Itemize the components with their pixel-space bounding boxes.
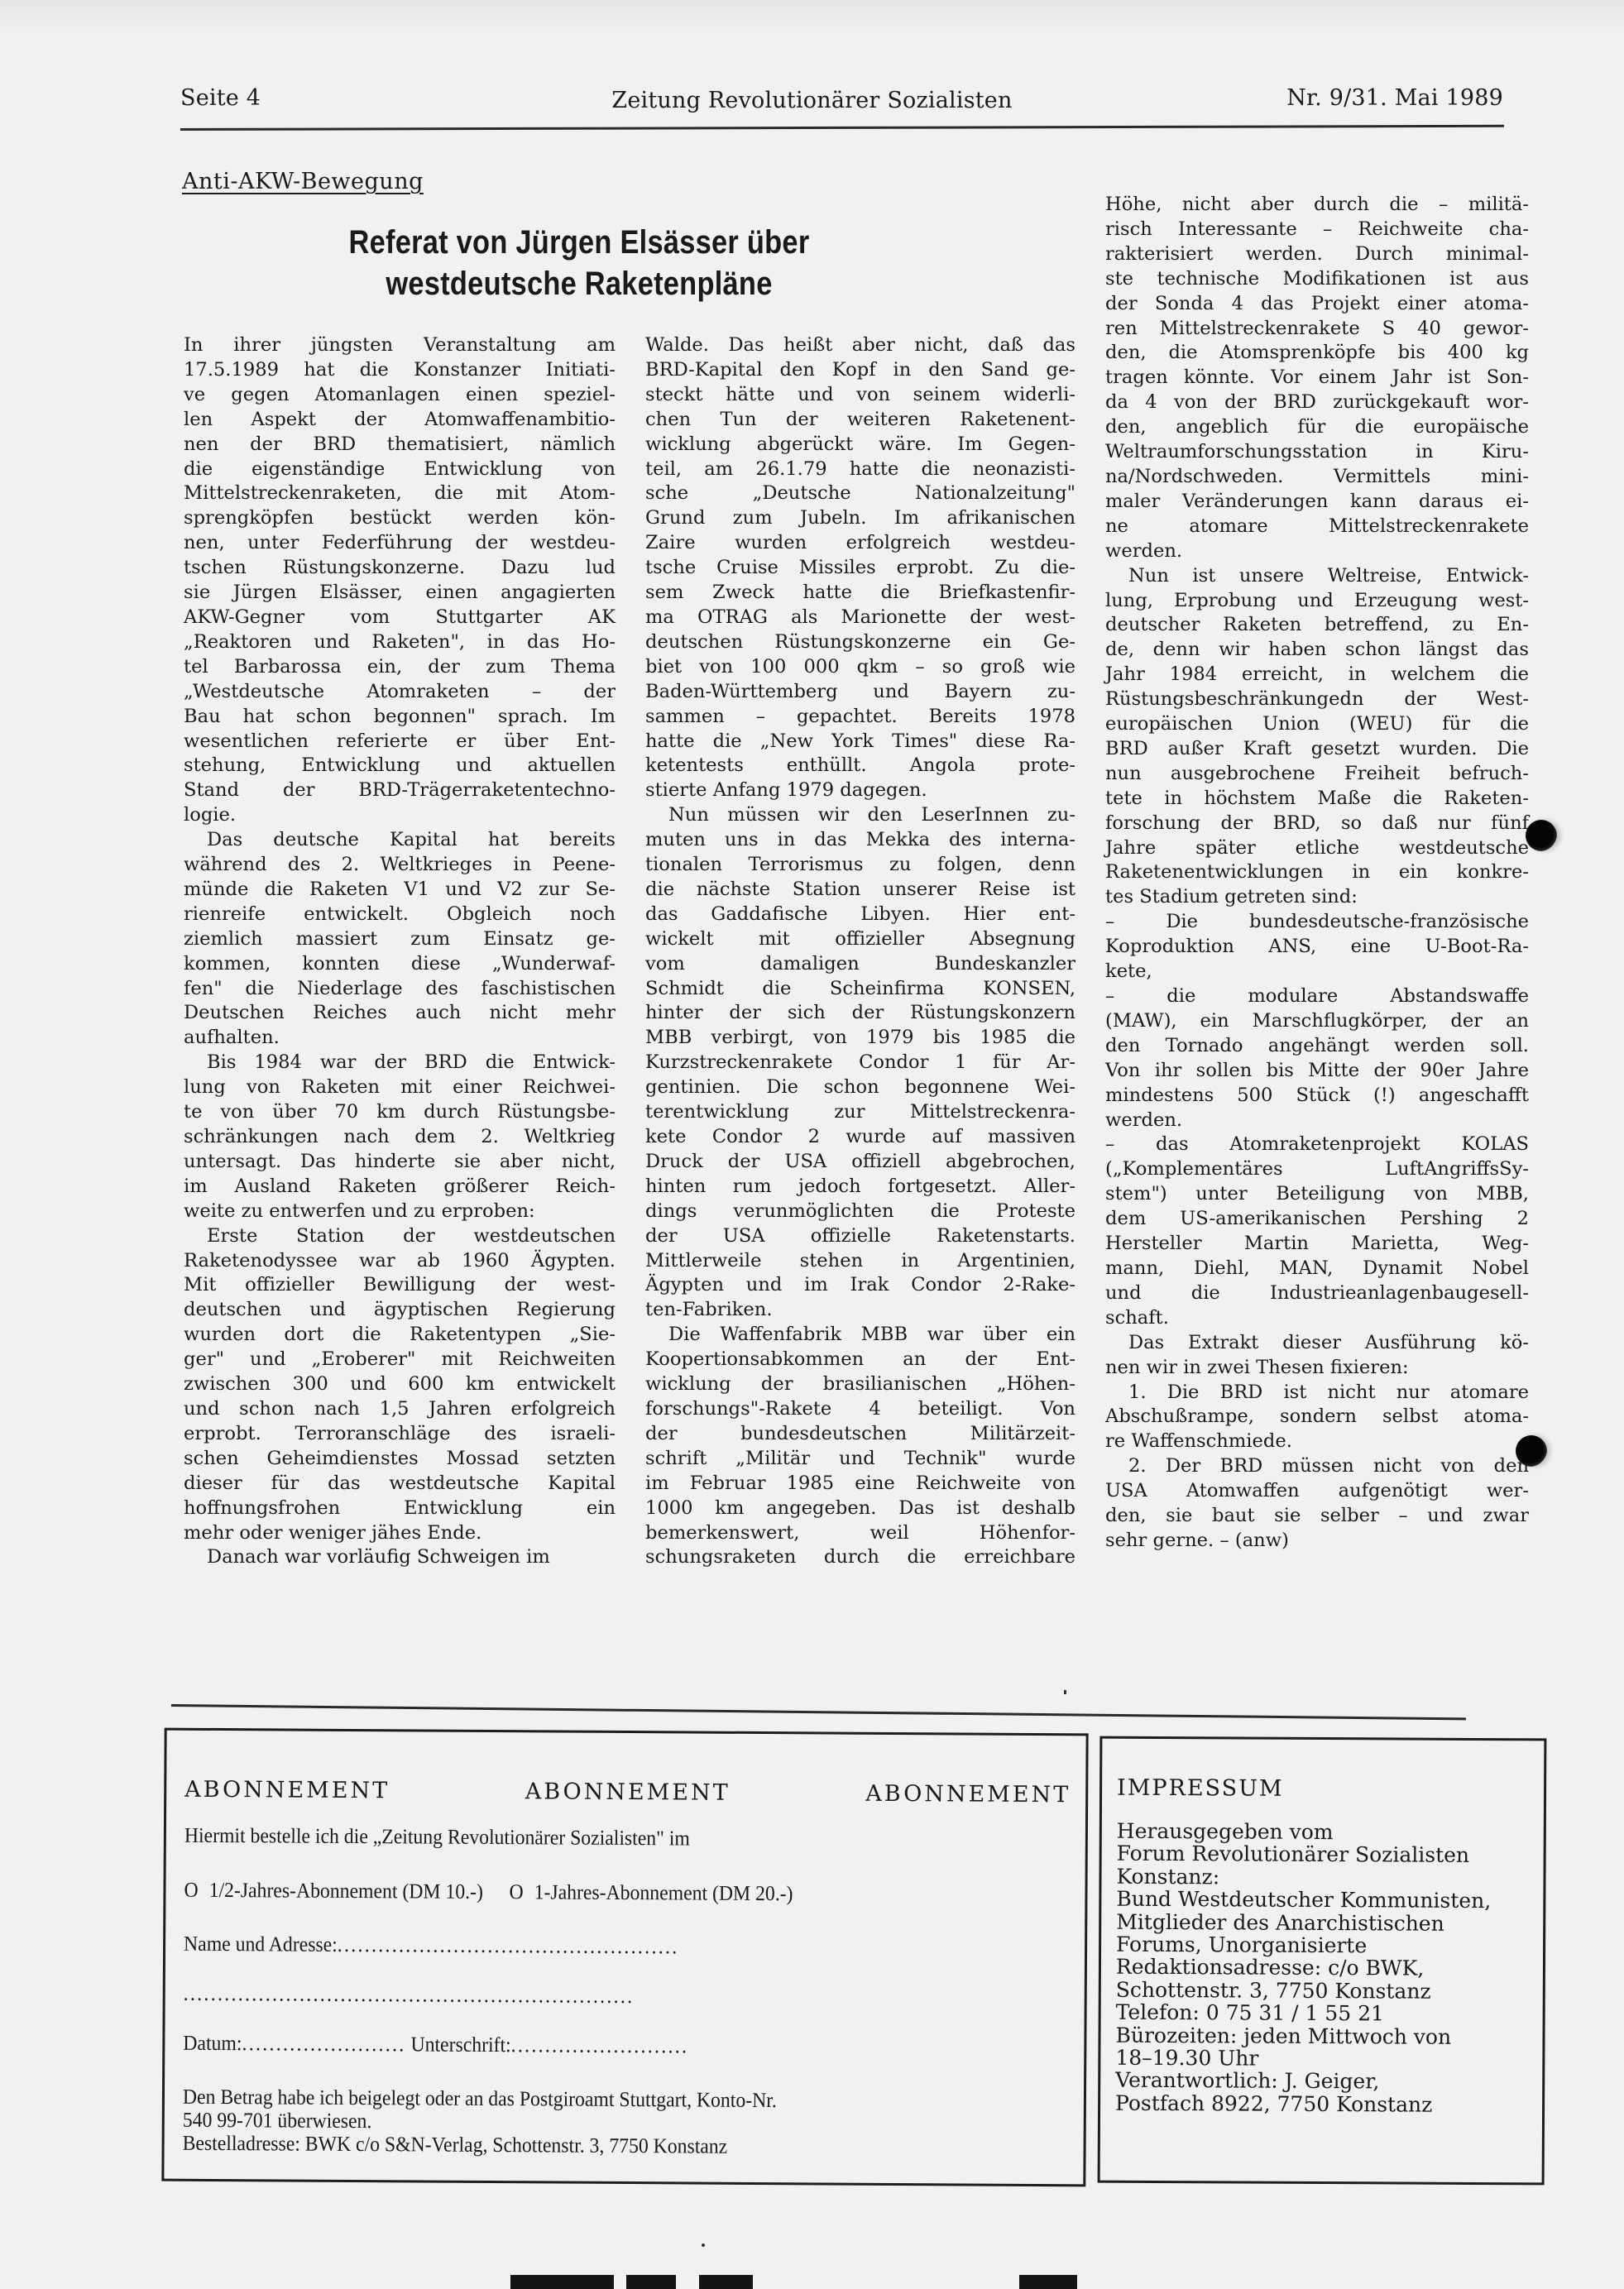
date-label: Datum: (183, 2031, 242, 2055)
name-address-label: Name und Adresse: (184, 1932, 338, 1956)
article-text-line: Höhe, nicht aber durch die – militä- (1105, 193, 1529, 218)
article-text-line: Koopertionsabkommen an der Ent- (645, 1348, 1075, 1372)
article-text-line: – die modulare Abstandswaffe (1105, 984, 1529, 1009)
article-text-line: Das Extrakt dieser Ausführung kö- (1105, 1331, 1529, 1356)
article-text-line: nun ausgebrochene Freiheit befruch- (1105, 762, 1529, 787)
article-text-line: stierte Anfang 1979 dagegen. (645, 778, 1075, 803)
article-text-line: len Aspekt der Atomwaffenambitio- (184, 408, 616, 433)
article-text-line: sammen – gepachtet. Bereits 1978 (645, 705, 1075, 730)
article-text-line: erprobt. Terroranschläge des israeli- (184, 1422, 616, 1447)
article-text-line: Mit offizieller Bewilligung der west- (184, 1273, 616, 1298)
article-text-line: dem US-amerikanischen Pershing 2 (1105, 1207, 1529, 1232)
article-text-line: deutscher Raketen betreffend, zu En- (1105, 613, 1529, 638)
impressum-lines: Herausgegeben vom Forum Revolutionärer S… (1115, 1820, 1492, 2117)
next-page-bleed (510, 2275, 614, 2289)
article-text-line: Mittlerweile stehen in Argentinien, (645, 1249, 1075, 1274)
article-text-line: Erste Station der westdeutschen (184, 1224, 616, 1249)
section-divider (171, 1704, 1466, 1720)
article-text-line: ren Mittelstreckenrakete S 40 gewor- (1105, 317, 1529, 342)
option-label: 1-Jahres-Abonnement (DM 20.-) (534, 1880, 793, 1905)
article-text-line: Walde. Das heißt aber nicht, daß das (645, 333, 1075, 358)
next-page-bleed (699, 2275, 753, 2289)
headline-line-2: westdeutsche Raketenpläne (323, 263, 835, 304)
signature-field[interactable]: .......................... (511, 2033, 689, 2057)
article-text-line: na/Nordschweden. Vermittels mini- (1105, 465, 1529, 490)
article-text-line: mindestens 500 Stück (!) angeschafft (1105, 1084, 1529, 1109)
article-text-line: lung, Erprobung und Erzeugung west- (1105, 589, 1529, 614)
article-text-line: In ihrer jüngsten Veranstaltung am (184, 333, 616, 358)
order-address: Bestelladresse: BWK c/o S&N-Verlag, Scho… (183, 2131, 728, 2159)
article-text-line: kommen, konnten diese „Wunderwaf- (184, 952, 616, 977)
article-text-line: zwischen 300 und 600 km entwickelt (184, 1372, 616, 1397)
headline-line-1: Referat von Jürgen Elsässer über (323, 222, 835, 263)
article-text-line: Abschußrampe, sondern selbst atoma- (1105, 1405, 1529, 1429)
section-kicker: Anti-AKW-Bewegung (182, 169, 424, 194)
address-continuation-field[interactable]: ........................................… (184, 1981, 635, 2009)
article-text-line: de, denn wir haben schon längst das (1105, 638, 1529, 663)
article-text-line: Nun müssen wir den LeserInnen zu- (645, 803, 1075, 828)
header-rule (180, 125, 1504, 131)
article-text-line: die nächste Station unserer Reise ist (645, 878, 1075, 903)
article-text-line: tel Barbarossa ein, der zum Thema (184, 655, 616, 680)
article-text-line: schrift „Militär und Technik" wurde (645, 1447, 1075, 1472)
article-column-1: In ihrer jüngsten Veranstaltung am17.5.1… (184, 333, 616, 1570)
next-page-bleed (626, 2275, 676, 2289)
article-text-line: Raketenentwicklungen in ein konkre- (1105, 860, 1529, 885)
checkbox-circle-icon[interactable]: O (184, 1878, 198, 1902)
impressum-line: Schottenstr. 3, 7750 Konstanz (1116, 1979, 1491, 2004)
subscription-options: O1/2-Jahres-Abonnement (DM 10.-) O1-Jahr… (184, 1878, 793, 1906)
article-text-line: ger" und „Eroberer" mit Reichweiten (184, 1348, 616, 1372)
article-text-line: deutschen Rüstungskonzerne ein Ge- (645, 630, 1075, 655)
article-text-line: im Februar 1985 eine Reichweite von (645, 1472, 1075, 1496)
article-text-line: und schon nach 1,5 Jahren erfolgreich (184, 1397, 616, 1422)
article-text-line: chen Tun der weiteren Raketenent- (645, 408, 1075, 433)
impressum-line: Herausgegeben vom (1117, 1820, 1492, 1845)
article-text-line: wicklung der brasilianischen „Höhen- (645, 1372, 1075, 1397)
article-column-3: Höhe, nicht aber durch die – militä-risc… (1105, 193, 1529, 1554)
article-text-line: ziemlich massiert zum Einsatz ge- (184, 927, 616, 952)
article-text-line: biet von 100 000 qkm – so groß wie (645, 655, 1075, 680)
article-text-line: hinten rum jedoch fortgesetzt. Aller- (645, 1175, 1075, 1200)
article-text-line: ste technische Modifikationen ist aus (1105, 267, 1529, 292)
checkbox-circle-icon[interactable]: O (509, 1880, 523, 1904)
article-text-line: logie. (184, 803, 616, 828)
article-text-line: der Sonda 4 das Projekt einer atoma- (1105, 292, 1529, 317)
impressum-title: IMPRESSUM (1117, 1775, 1284, 1802)
article-text-line: Jahr 1984 erreicht, in welchem die (1105, 663, 1529, 687)
article-text-line: sie Jürgen Elsässer, einen angagierten (184, 581, 616, 606)
article-text-line: sehr gerne. – (anw) (1105, 1529, 1529, 1554)
article-text-line: wurden dort die Raketentypen „Sie- (184, 1323, 616, 1348)
impressum-line: 18–19.30 Uhr (1115, 2047, 1490, 2071)
article-text-line: europäischen Union (WEU) für die (1105, 712, 1529, 737)
article-text-line: mann, Diehl, MAN, Dynamit Nobel (1105, 1257, 1529, 1281)
name-address-dots[interactable]: ........................................… (338, 1932, 679, 1959)
article-text-line: maler Veränderungen kann daraus ei- (1105, 490, 1529, 515)
article-text-line: schen Geheimdienstes Mossad setzten (184, 1447, 616, 1472)
article-text-line: Von ihr sollen bis Mitte der 90er Jahre (1105, 1059, 1529, 1084)
article-text-line: ketentests enthüllt. Angola prote- (645, 754, 1075, 778)
article-text-line: den, angeblich für die europäische (1105, 415, 1529, 440)
article-text-line: BRD-Kapital den Kopf in den Sand ge- (645, 358, 1075, 383)
article-text-line: den Tornado angehängt werden soll. (1105, 1034, 1529, 1059)
article-text-line: fen" die Niederlage des faschistischen (184, 977, 616, 1002)
article-text-line: die eigenständige Entwicklung von (184, 457, 616, 482)
article-text-line: Nun ist unsere Weltreise, Entwick- (1105, 564, 1529, 589)
article-text-line: schungsraketen durch die erreichbare (645, 1545, 1075, 1570)
article-text-line: den, sie baut sie selber – und zwar (1105, 1504, 1529, 1529)
article-text-line: Druck der USA offiziell abgebrochen, (645, 1150, 1075, 1175)
article-text-line: tionalen Terrorismus zu folgen, denn (645, 853, 1075, 878)
article-text-line: Jahre später etliche westdeutsche (1105, 836, 1529, 861)
article-text-line: Das deutsche Kapital hat bereits (184, 828, 616, 853)
article-text-line: terentwicklung zur Mittelstreckenra- (645, 1100, 1075, 1125)
article-text-line: rienreife entwickelt. Obgleich noch (184, 903, 616, 927)
article-text-line: schaft. (1105, 1306, 1529, 1331)
article-text-line: AKW-Gegner vom Stuttgarter AK (184, 606, 616, 630)
signature-label: Unterschrift: (410, 2032, 510, 2057)
article-text-line: da 4 von der BRD zurückgekauft wor- (1105, 390, 1529, 415)
article-text-line: forschungs"-Rakete 4 beteiligt. Von (645, 1397, 1075, 1422)
option-label: 1/2-Jahres-Abonnement (DM 10.-) (209, 1878, 483, 1904)
article-text-line: te von über 70 km durch Rüstungsbe- (184, 1100, 616, 1125)
article-text-line: sprengköpfen bestückt werden kön- (184, 506, 616, 531)
article-text-line: Koproduktion ANS, eine U-Boot-Ra- (1105, 935, 1529, 960)
subscription-heading-word: ABONNEMENT (525, 1779, 731, 1806)
article-text-line: tete in höchstem Maße die Raketen- (1105, 787, 1529, 812)
article-text-line: Ägypten und im Irak Condor 2-Rake- (645, 1273, 1075, 1298)
article-text-line: untersagt. Das hinderte sie aber nicht, (184, 1150, 616, 1175)
article-text-line: bemerkenswert, weil Höhenfor- (645, 1521, 1075, 1546)
article-text-line: und die Industrieanlagenbaugesell- (1105, 1281, 1529, 1306)
article-text-line: ne atomare Mittelstreckenrakete (1105, 515, 1529, 539)
article-text-line: forschung der BRD, so daß nur fünf (1105, 812, 1529, 836)
article-text-line: werden. (1105, 539, 1529, 564)
address-dots[interactable]: ........................................… (184, 1981, 635, 2008)
punch-hole-mark (1526, 820, 1557, 851)
article-text-line: – das Atomraketenprojekt KOLAS (1105, 1133, 1529, 1157)
article-text-line: sem Zweck hatte die Briefkastenfir- (645, 581, 1075, 606)
impressum-box: IMPRESSUM Herausgegeben vom Forum Revolu… (1098, 1736, 1547, 2186)
article-text-line: ve gegen Atomanlagen einen speziel- (184, 383, 616, 408)
article-text-line: hoffnungsfrohen Entwicklung ein (184, 1496, 616, 1521)
article-text-line: dieser für das westdeutsche Kapital (184, 1472, 616, 1496)
article-text-line: vom damaligen Bundeskanzler (645, 952, 1075, 977)
article-text-line: dings verunmöglichten die Proteste (645, 1200, 1075, 1224)
article-text-line: Kurzstreckenrakete Condor 1 für Ar- (645, 1051, 1075, 1075)
date-field[interactable]: ........................ (242, 2031, 405, 2056)
article-text-line: 1000 km angegeben. Das ist deshalb (645, 1496, 1075, 1521)
article-text-line: – Die bundesdeutsche-französische (1105, 910, 1529, 935)
date-signature-row: Datum:........................ Unterschr… (183, 2031, 688, 2059)
article-text-line: 2. Der BRD müssen nicht von den (1105, 1454, 1529, 1479)
article-text-line: Hersteller Martin Marietta, Weg- (1105, 1232, 1529, 1257)
article-text-line: werden. (1105, 1109, 1529, 1133)
article-text-line: nen, unter Federführung der westdeu- (184, 531, 616, 556)
article-text-line: sche „Deutsche Nationalzeitung" (645, 481, 1075, 506)
article-text-line: re Waffenschmiede. (1105, 1429, 1529, 1454)
issue-date: Nr. 9/31. Mai 1989 (1286, 85, 1503, 111)
article-text-line: deutschen und ägyptischen Regierung (184, 1298, 616, 1323)
impressum-line: Verantwortlich: J. Geiger, (1115, 2069, 1490, 2094)
article-text-line: nen der BRD thematisiert, nämlich (184, 433, 616, 457)
subscription-intro: Hiermit bestelle ich die „Zeitung Revolu… (184, 1823, 690, 1851)
article-text-line: Rüstungsbeschränkungedn der West- (1105, 687, 1529, 712)
article-text-line: 17.5.1989 hat die Konstanzer Initiati- (184, 358, 616, 383)
article-text-line: schränkungen nach dem 2. Weltkrieg (184, 1125, 616, 1150)
subscription-heading: ABONNEMENT ABONNEMENT ABONNEMENT (184, 1777, 1071, 1808)
article-text-line: kete Condor 2 wurde auf massiven (645, 1125, 1075, 1150)
punch-hole-mark (1516, 1435, 1547, 1467)
stray-mark (702, 2244, 705, 2247)
article-text-line: (MAW), ein Marschflugkörper, der an (1105, 1009, 1529, 1034)
article-text-line: Weltraumforschungsstation in Kiru- (1105, 440, 1529, 465)
article-text-line: den, die Atomsprenköpfe bis 400 kg (1105, 341, 1529, 366)
impressum-line: Redaktionsadresse: c/o BWK, (1116, 1956, 1491, 1980)
subscription-form-box: ABONNEMENT ABONNEMENT ABONNEMENT Hiermit… (161, 1728, 1088, 2187)
impressum-line: Forums, Unorganisierte (1116, 1933, 1491, 1958)
article-text-line: Die Waffenfabrik MBB war über ein (645, 1323, 1075, 1348)
article-text-line: stem") unter Beteiligung von MBB, (1105, 1182, 1529, 1207)
impressum-line: Bürozeiten: jeden Mittwoch von (1115, 2023, 1490, 2048)
article-text-line: Stand der BRD-Trägerraketentechno- (184, 778, 616, 803)
subscription-heading-word: ABONNEMENT (865, 1781, 1071, 1808)
article-text-line: weite zu entwerfen und zu erproben: (184, 1200, 616, 1224)
impressum-line: Postfach 8922, 7750 Konstanz (1115, 2092, 1490, 2117)
article-text-line: Raketenodyssee war ab 1960 Ägypten. (184, 1249, 616, 1274)
subscription-heading-word: ABONNEMENT (184, 1777, 390, 1804)
article-text-line: muten uns in das Mekka des interna- (645, 828, 1075, 853)
scan-edge-shadow (0, 0, 1624, 33)
article-text-line: Schmidt die Scheinfirma KONSEN, (645, 977, 1075, 1002)
article-column-2: Walde. Das heißt aber nicht, daß dasBRD-… (645, 333, 1075, 1570)
article-text-line: lung von Raketen mit einer Reichwei- (184, 1075, 616, 1100)
article-text-line: wickelt mit offizieller Absegnung (645, 927, 1075, 952)
article-text-line: risch Interessante – Reichweite cha- (1105, 218, 1529, 242)
impressum-line: Konstanz: (1116, 1865, 1491, 1890)
article-text-line: während des 2. Weltkrieges in Peene- (184, 853, 616, 878)
article-text-line: MBB verbirgt, von 1979 bis 1985 die (645, 1026, 1075, 1051)
option-half-year[interactable]: O1/2-Jahres-Abonnement (DM 10.-) (184, 1878, 483, 1904)
article-text-line: münde die Raketen V1 und V2 zur Se- (184, 878, 616, 903)
article-text-line: stehung, Entwicklung und aktuellen (184, 754, 616, 778)
article-text-line: Baden-Württemberg und Bayern zu- (645, 680, 1075, 705)
article-text-line: tragen könnte. Vor einem Jahr ist Son- (1105, 366, 1529, 390)
article-text-line: Zaire wurden erfolgreich westdeu- (645, 531, 1075, 556)
article-text-line: tsche Cruise Missiles erprobt. Zu die- (645, 556, 1075, 581)
article-text-line: „Westdeutsche Atomraketen – der (184, 680, 616, 705)
article-text-line: aufhalten. (184, 1026, 616, 1051)
article-text-line: ma OTRAG als Marionette der west- (645, 606, 1075, 630)
article-text-line: ten-Fabriken. (645, 1298, 1075, 1323)
next-page-bleed (1019, 2275, 1077, 2289)
article-text-line: rakterisiert werden. Durch minimal- (1105, 242, 1529, 267)
article-text-line: Mittelstreckenraketen, die mit Atom- (184, 481, 616, 506)
article-text-line: der USA offizielle Raketenstarts. (645, 1224, 1075, 1249)
impressum-line: Bund Westdeutscher Kommunisten, (1116, 1888, 1491, 1913)
impressum-line: Telefon: 0 75 31 / 1 55 21 (1116, 2001, 1491, 2026)
article-text-line: teil, am 26.1.79 hatte die neonazisti- (645, 457, 1075, 482)
article-text-line: wesentlichen referierte er über Ent- (184, 730, 616, 754)
article-text-line: Bis 1984 war der BRD die Entwick- (184, 1051, 616, 1075)
article-text-line: („Komplementäres LuftAngriffsSy- (1105, 1157, 1529, 1182)
article-text-line: Grund zum Jubeln. Im afrikanischen (645, 506, 1075, 531)
article-text-line: der bundesdeutschen Militärzeit- (645, 1422, 1075, 1447)
article-text-line: tschen Rüstungskonzerne. Dazu lud (184, 556, 616, 581)
option-full-year[interactable]: O1-Jahres-Abonnement (DM 20.-) (509, 1880, 793, 1906)
name-address-field[interactable]: Name und Adresse:.......................… (184, 1932, 679, 1960)
article-text-line: tes Stadium getreten sind: (1105, 885, 1529, 910)
stray-mark (1064, 1690, 1066, 1694)
article-text-line: Deutschen Reiches auch nicht mehr (184, 1001, 616, 1026)
article-text-line: USA Atomwaffen aufgenötigt wer- (1105, 1479, 1529, 1504)
article-text-line: „Reaktoren und Raketen", in das Ho- (184, 630, 616, 655)
article-text-line: mehr oder weniger jähes Ende. (184, 1521, 616, 1546)
article-text-line: hinter der sich der Rüstungskonzern (645, 1001, 1075, 1026)
newspaper-page: Seite 4 Zeitung Revolutionärer Sozialist… (0, 0, 1624, 2289)
impressum-line: Mitglieder des Anarchistischen (1116, 1910, 1491, 1935)
article-text-line: Danach war vorläufig Schweigen im (184, 1545, 616, 1570)
article-text-line: kete, (1105, 960, 1529, 984)
article-text-line: gentinien. Die schon begonnene Wei- (645, 1075, 1075, 1100)
article-text-line: hatte die „New York Times" diese Ra- (645, 730, 1075, 754)
article-text-line: nen wir in zwei Thesen fixieren: (1105, 1356, 1529, 1381)
article-text-line: wicklung abgerückt wäre. Im Gegen- (645, 433, 1075, 457)
article-text-line: BRD außer Kraft gesetzt wurden. Die (1105, 737, 1529, 762)
article-text-line: steckt hätte und von seinem widerli- (645, 383, 1075, 408)
article-text-line: im Ausland Raketen größerer Reich- (184, 1175, 616, 1200)
article-text-line: das Gaddafische Libyen. Hier ent- (645, 903, 1075, 927)
article-text-line: Bau hat schon begonnen" sprach. Im (184, 705, 616, 730)
impressum-line: Forum Revolutionärer Sozialisten (1117, 1842, 1492, 1867)
article-text-line: 1. Die BRD ist nicht nur atomare (1105, 1381, 1529, 1405)
payment-line-2: 540 99-701 überwiesen. (183, 2108, 372, 2133)
article-headline: Referat von Jürgen Elsässer über westdeu… (323, 222, 835, 304)
